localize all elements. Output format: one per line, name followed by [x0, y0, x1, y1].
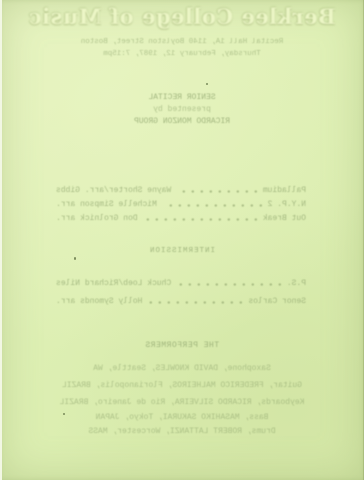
dot-leader [177, 190, 257, 193]
performer-line: Saxophone, DAVID KNOWLES, Seattle, WA [0, 364, 364, 374]
presenter-name: RICARDO MONZON GROUP [0, 117, 364, 127]
program-row: N.Y.P. 2 Michelle Simpson arr. [56, 200, 306, 209]
piece-title: N.Y.P. 2 [268, 200, 306, 209]
performers-heading: THE PERFORMERS [0, 341, 364, 351]
piece-title: Out Break [263, 214, 306, 223]
program-row: Senor Carlos Holly Symonds arr. [56, 297, 306, 306]
piece-credit: Holly Symonds arr. [56, 297, 142, 306]
dot-leader [177, 283, 281, 286]
piece-title: Senor Carlos [248, 297, 306, 306]
ink-speck [63, 413, 65, 415]
ink-speck [74, 257, 76, 260]
piece-credit: Chuck Loeb/Richard Niles [56, 279, 171, 288]
piece-credit: Michelle Simpson arr. [56, 200, 157, 209]
presented-by-label: presented by [0, 105, 364, 115]
performer-line: Guitar, FREDERICO MALHEIROS, Florianopol… [0, 381, 364, 391]
dot-leader [148, 301, 242, 304]
program-row: Out Break Don Grolnick arr. [56, 214, 306, 223]
venue-address-line: Recital Hall 1A, 1140 Boylston Street, B… [0, 37, 364, 47]
performer-line: Drums, ROBERT LATTANZI, Worcester, MASS [0, 427, 364, 437]
ink-speck [206, 83, 208, 85]
piece-title: Palladium [263, 186, 306, 195]
piece-credit: Don Grolnick arr. [56, 214, 138, 223]
dot-leader [144, 218, 257, 221]
piece-title: P.S. [287, 279, 306, 288]
intermission-heading: INTERMISSION [0, 246, 364, 256]
program-row: Palladium Wayne Shorter/arr. Gibbs [56, 186, 306, 195]
piece-credit: Wayne Shorter/arr. Gibbs [56, 186, 171, 195]
dot-leader [163, 204, 262, 207]
bleed-through-layer: Berklee College of Music Recital Hall 1A… [0, 0, 364, 480]
concert-date-line: Thursday, February 12, 1987, 7:15pm [0, 49, 364, 59]
scanned-program-page: Berklee College of Music Recital Hall 1A… [0, 0, 364, 480]
berklee-logo: Berklee College of Music [0, 4, 364, 29]
performer-line: Keyboards, RICARDO SILVEIRA, Rio de Jane… [0, 398, 364, 408]
recital-title: SENIOR RECITAL [0, 93, 364, 103]
performer-line: Bass, MASAHIKO SAKURAI, Tokyo, JAPAN [0, 413, 364, 423]
program-row: P.S. Chuck Loeb/Richard Niles [56, 279, 306, 288]
